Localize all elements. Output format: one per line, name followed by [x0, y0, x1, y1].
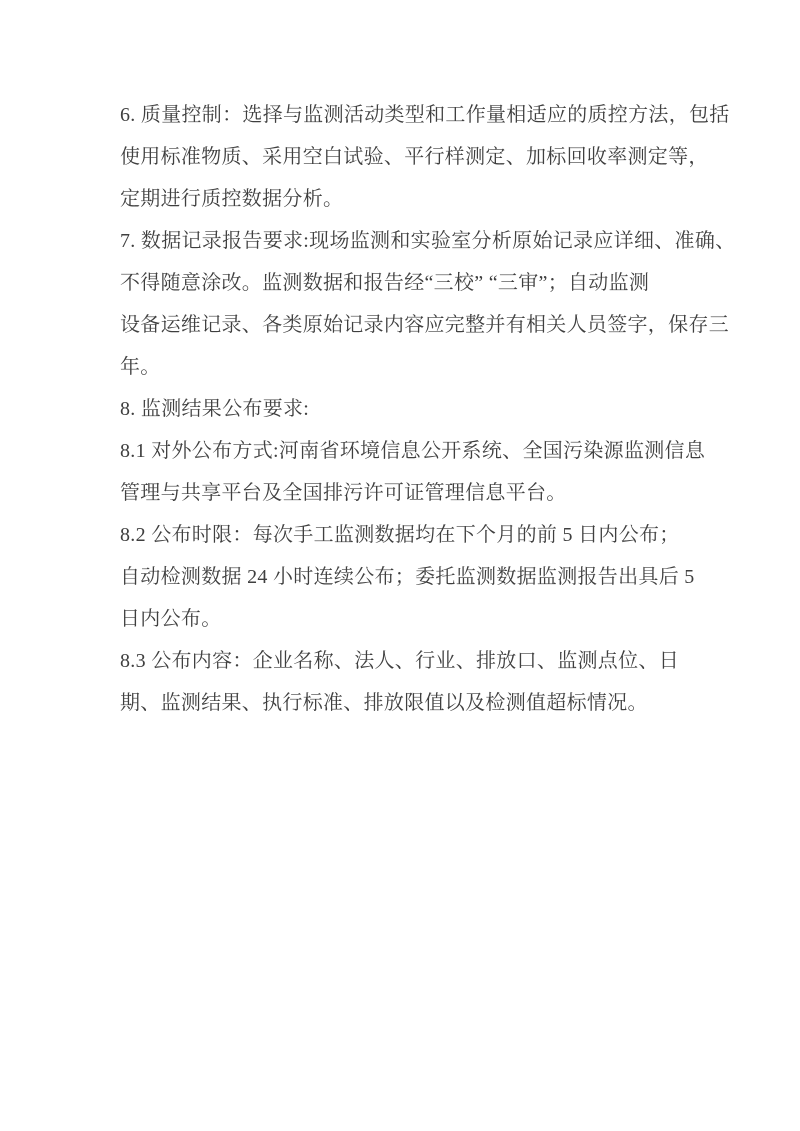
paragraph-publication-content: 8.3 公布内容：企业名称、法人、行业、排放口、监测点位、日 期、监测结果、执行… — [120, 640, 700, 724]
paragraph-data-record-report-requirements: 7. 数据记录报告要求:现场监测和实验室分析原始记录应详细、准确、 不得随意涂改… — [120, 220, 700, 388]
paragraph-publication-method: 8.1 对外公布方式:河南省环境信息公开系统、全国污染源监测信息 管理与共享平台… — [120, 430, 700, 514]
paragraph-publication-deadline: 8.2 公布时限：每次手工监测数据均在下个月的前 5 日内公布； 自动检测数据 … — [120, 514, 700, 640]
document-page: 6. 质量控制：选择与监测活动类型和工作量相适应的质控方法，包括 使用标准物质、… — [0, 0, 800, 1131]
paragraph-monitoring-results-publication-heading: 8. 监测结果公布要求: — [120, 388, 700, 430]
document-content: 6. 质量控制：选择与监测活动类型和工作量相适应的质控方法，包括 使用标准物质、… — [120, 94, 700, 724]
paragraph-quality-control: 6. 质量控制：选择与监测活动类型和工作量相适应的质控方法，包括 使用标准物质、… — [120, 94, 700, 220]
